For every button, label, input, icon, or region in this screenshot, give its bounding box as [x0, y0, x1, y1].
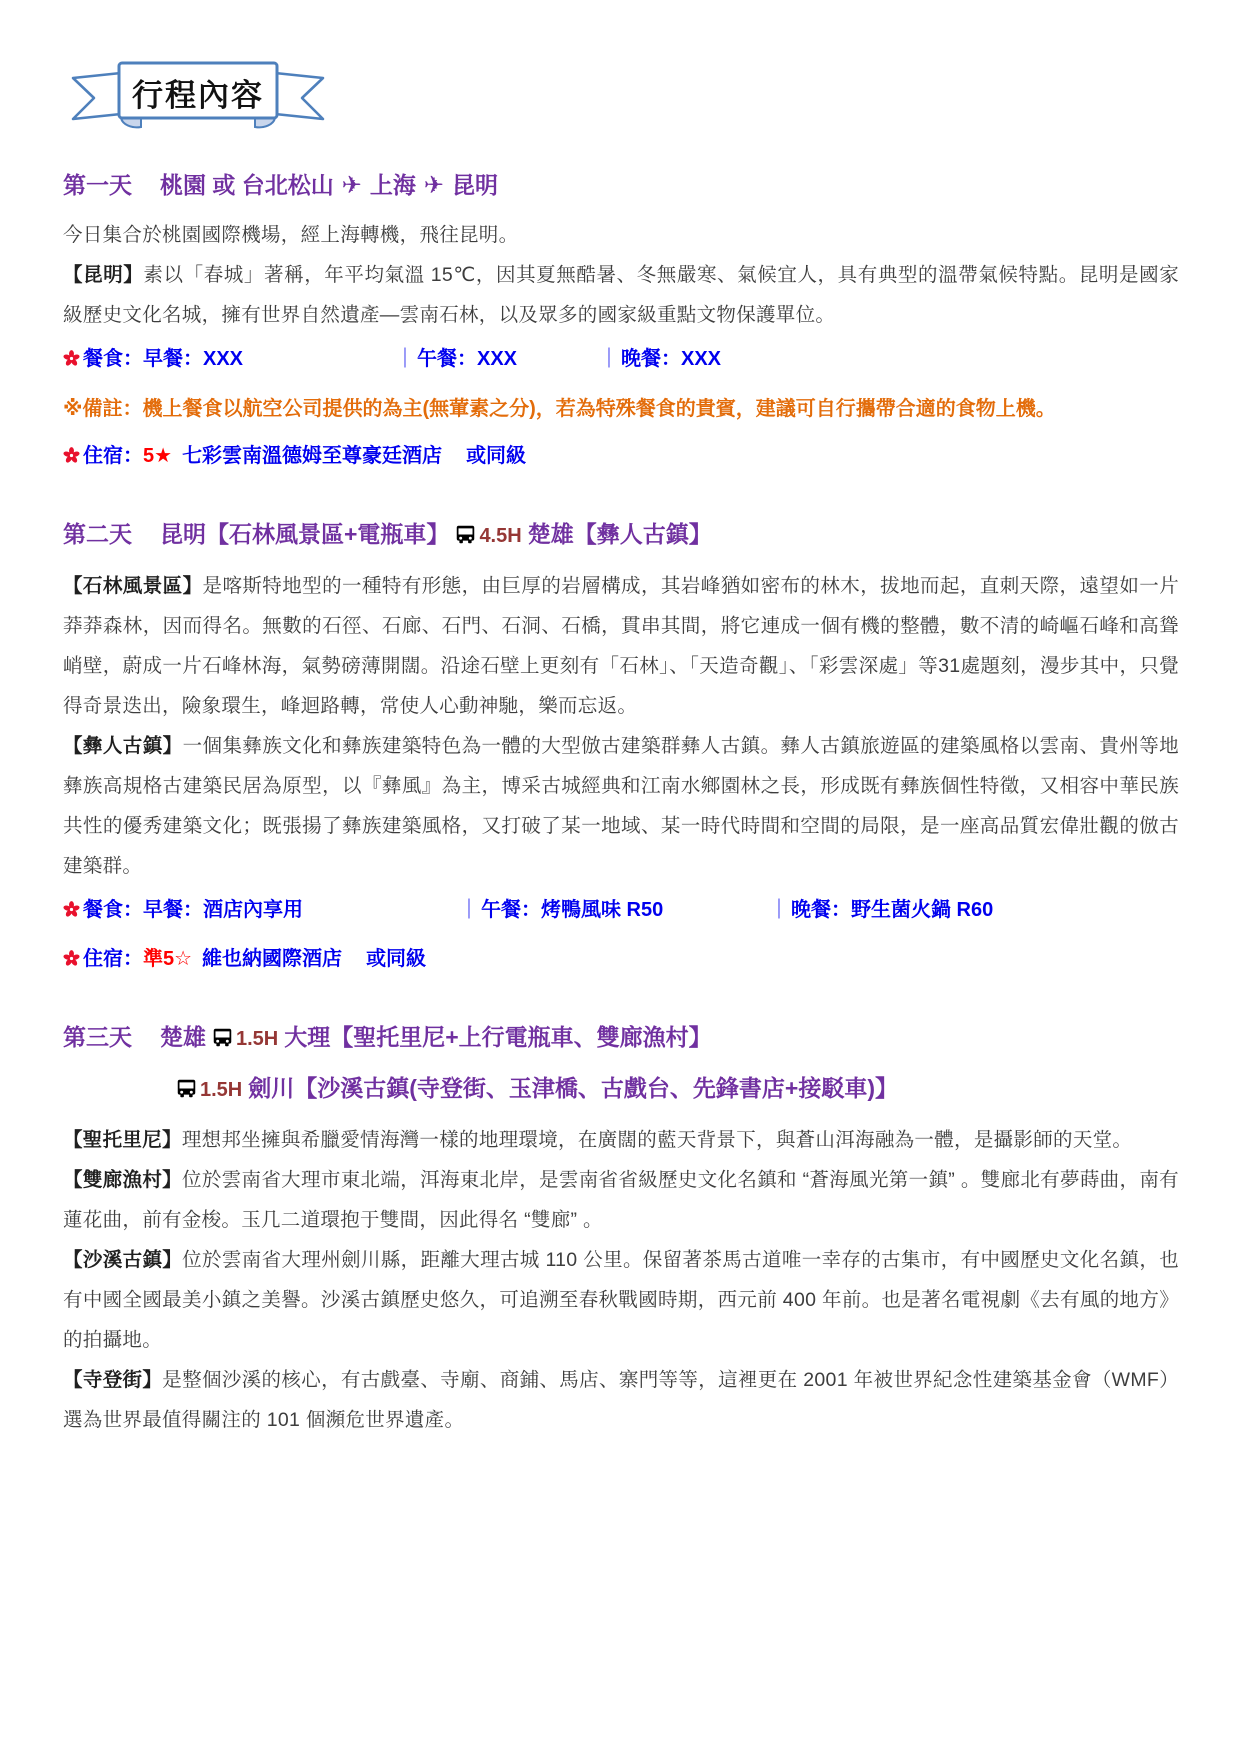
- day3-label: 第三天: [63, 1024, 132, 1050]
- day1-note: ※備註：機上餐食以航空公司提供的為主(無葷素之分)，若為特殊餐食的貴賓，建議可自…: [63, 386, 1179, 432]
- day2-route-seg2: 楚雄【彝人古鎮】: [528, 521, 712, 547]
- day2-paragraph-yiren: 【彝人古鎮】一個集彝族文化和彝族建築特色為一體的大型倣古建築群彝人古鎮。彝人古鎮…: [63, 726, 1179, 886]
- day2-paragraph-stoneforest: 【石林風景區】是喀斯特地型的一種特有形態，由巨厚的岩層構成，其岩峰猶如密布的林木…: [63, 566, 1179, 726]
- meal-lunch: 午餐：XXX: [417, 337, 599, 382]
- separator-bar: ｜: [395, 348, 415, 370]
- day1-route-seg2: 上海: [370, 172, 416, 198]
- hotel-suffix: 或同級: [366, 948, 426, 970]
- day1-paragraph-kunming: 【昆明】素以「春城」著稱，年平均氣溫 15℃，因其夏無酷暑、冬無嚴寒、氣候宜人，…: [63, 255, 1179, 335]
- airplane-icon: ✈: [342, 172, 362, 199]
- hotel-suffix: 或同級: [466, 445, 526, 467]
- flower-icon: [63, 890, 80, 935]
- stay-label: 住宿：: [83, 445, 143, 467]
- day2-label: 第二天: [63, 521, 132, 547]
- flower-icon: [63, 436, 80, 481]
- paragraph-lead: 【聖托里尼】: [63, 1129, 182, 1151]
- separator-bar: ｜: [459, 899, 479, 921]
- day3-section: 第三天楚雄1.5H大理【聖托里尼+上行電瓶車、雙廊漁村】 1.5H劍川【沙溪古鎮…: [63, 1020, 1179, 1440]
- paragraph-text: 今日集合於桃園國際機場，經上海轉機，飛往昆明。: [63, 224, 518, 246]
- bus-duration: 4.5H: [479, 525, 521, 547]
- paragraph-text: 位於雲南省大理市東北端，洱海東北岸，是雲南省省級歷史文化名鎮和 “蒼海風光第一鎮…: [63, 1169, 1179, 1231]
- hotel-name: 七彩雲南溫德姆至尊豪廷酒店: [182, 445, 442, 467]
- day3-heading: 第三天楚雄1.5H大理【聖托里尼+上行電瓶車、雙廊漁村】 1.5H劍川【沙溪古鎮…: [63, 1020, 1179, 1108]
- paragraph-lead: 【彝人古鎮】: [63, 735, 183, 757]
- paragraph-text: 一個集彝族文化和彝族建築特色為一體的大型倣古建築群彝人古鎮。彝人古鎮旅遊區的建築…: [63, 735, 1179, 877]
- paragraph-text: 素以「春城」著稱，年平均氣溫 15℃，因其夏無酷暑、冬無嚴寒、氣候宜人，具有典型…: [63, 264, 1179, 326]
- paragraph-text: 理想邦坐擁與希臘愛情海灣一樣的地理環境，在廣闊的藍天背景下，與蒼山洱海融為一體，…: [182, 1129, 1132, 1151]
- paragraph-lead: 【沙溪古鎮】: [63, 1249, 182, 1271]
- day3-paragraph-shaxi: 【沙溪古鎮】位於雲南省大理州劍川縣，距離大理古城 110 公里。保留著茶馬古道唯…: [63, 1240, 1179, 1360]
- day3-paragraph-shuanglang: 【雙廊漁村】位於雲南省大理市東北端，洱海東北岸，是雲南省省級歷史文化名鎮和 “蒼…: [63, 1160, 1179, 1240]
- meal-lunch: 午餐：烤鴨風味 R50: [481, 888, 769, 933]
- separator-bar: ｜: [599, 348, 619, 370]
- bus-icon: [212, 1023, 233, 1057]
- day3-route-seg3: 劍川【沙溪古鎮(寺登街、玉津橋、古戲台、先鋒書店+接駁車)】: [248, 1075, 898, 1101]
- day1-heading: 第一天桃園 或 台北松山✈上海✈昆明: [63, 168, 1179, 203]
- day3-heading-line2: 1.5H劍川【沙溪古鎮(寺登街、玉津橋、古戲台、先鋒書店+接駁車)】: [63, 1071, 1179, 1108]
- day1-paragraph-intro: 今日集合於桃園國際機場，經上海轉機，飛往昆明。: [63, 215, 1179, 255]
- day1-meals-line: 餐食：早餐：XXX｜午餐：XXX｜晚餐：XXX: [63, 337, 1179, 384]
- day3-paragraph-santorini: 【聖托里尼】理想邦坐擁與希臘愛情海灣一樣的地理環境，在廣闊的藍天背景下，與蒼山洱…: [63, 1120, 1179, 1160]
- bus-icon: [176, 1074, 197, 1108]
- day2-route-seg1: 昆明【石林風景區+電瓶車】: [160, 521, 449, 547]
- day2-meals-line: 餐食：早餐：酒店內享用｜午餐：烤鴨風味 R50｜晚餐：野生菌火鍋 R60: [63, 888, 1179, 935]
- paragraph-lead: 【石林風景區】: [63, 575, 203, 597]
- paragraph-lead: 【雙廊漁村】: [63, 1169, 182, 1191]
- flower-icon: [63, 339, 80, 384]
- hotel-grade: 5★: [143, 445, 172, 467]
- day2-heading: 第二天昆明【石林風景區+電瓶車】4.5H楚雄【彝人古鎮】: [63, 517, 1179, 554]
- airplane-icon: ✈: [424, 172, 444, 199]
- meal-dinner: 晚餐：野生菌火鍋 R60: [791, 888, 993, 933]
- meal-breakfast: 早餐：酒店內享用: [143, 888, 459, 933]
- hotel-grade: 準5☆: [143, 948, 192, 970]
- bus-icon: [455, 520, 476, 554]
- paragraph-text: 是喀斯特地型的一種特有形態，由巨厚的岩層構成，其岩峰猶如密布的林木，拔地而起，直…: [63, 575, 1179, 717]
- banner-title: 行程內容: [119, 66, 277, 118]
- bus-duration: 1.5H: [236, 1028, 278, 1050]
- paragraph-text: 是整個沙溪的核心，有古戲臺、寺廟、商鋪、馬店、寨門等等，這裡更在 2001 年被…: [63, 1369, 1179, 1431]
- day3-route-seg2: 大理【聖托里尼+上行電瓶車、雙廊漁村】: [284, 1024, 711, 1050]
- paragraph-text: 位於雲南省大理州劍川縣，距離大理古城 110 公里。保留著茶馬古道唯一幸存的古集…: [63, 1249, 1179, 1351]
- day1-route-seg1: 桃園 或 台北松山: [160, 172, 334, 198]
- day1-stay-line: 住宿：5★七彩雲南溫德姆至尊豪廷酒店或同級: [63, 434, 1179, 481]
- meal-dinner: 晚餐：XXX: [621, 337, 721, 382]
- day3-heading-line1: 第三天楚雄1.5H大理【聖托里尼+上行電瓶車、雙廊漁村】: [63, 1020, 1179, 1057]
- day1-section: 第一天桃園 或 台北松山✈上海✈昆明 今日集合於桃園國際機場，經上海轉機，飛往昆…: [63, 168, 1179, 481]
- bus-duration: 1.5H: [200, 1079, 242, 1101]
- flower-icon: [63, 939, 80, 984]
- day1-label: 第一天: [63, 172, 132, 198]
- meal-breakfast: 早餐：XXX: [143, 337, 395, 382]
- day2-section: 第二天昆明【石林風景區+電瓶車】4.5H楚雄【彝人古鎮】 【石林風景區】是喀斯特…: [63, 517, 1179, 984]
- day3-route-seg1: 楚雄: [160, 1024, 206, 1050]
- stay-label: 住宿：: [83, 948, 143, 970]
- day1-route-seg3: 昆明: [452, 172, 498, 198]
- meals-label: 餐食：: [83, 348, 143, 370]
- banner: 行程內容: [67, 56, 329, 132]
- paragraph-lead: 【昆明】: [63, 264, 143, 286]
- separator-bar: ｜: [769, 899, 789, 921]
- page-content: 行程內容 第一天桃園 或 台北松山✈上海✈昆明 今日集合於桃園國際機場，經上海轉…: [0, 56, 1241, 1440]
- hotel-name: 維也納國際酒店: [202, 948, 342, 970]
- paragraph-lead: 【寺登街】: [63, 1369, 162, 1391]
- day3-paragraph-sideng: 【寺登街】是整個沙溪的核心，有古戲臺、寺廟、商鋪、馬店、寨門等等，這裡更在 20…: [63, 1360, 1179, 1440]
- day2-stay-line: 住宿：準5☆維也納國際酒店或同級: [63, 937, 1179, 984]
- meals-label: 餐食：: [83, 899, 143, 921]
